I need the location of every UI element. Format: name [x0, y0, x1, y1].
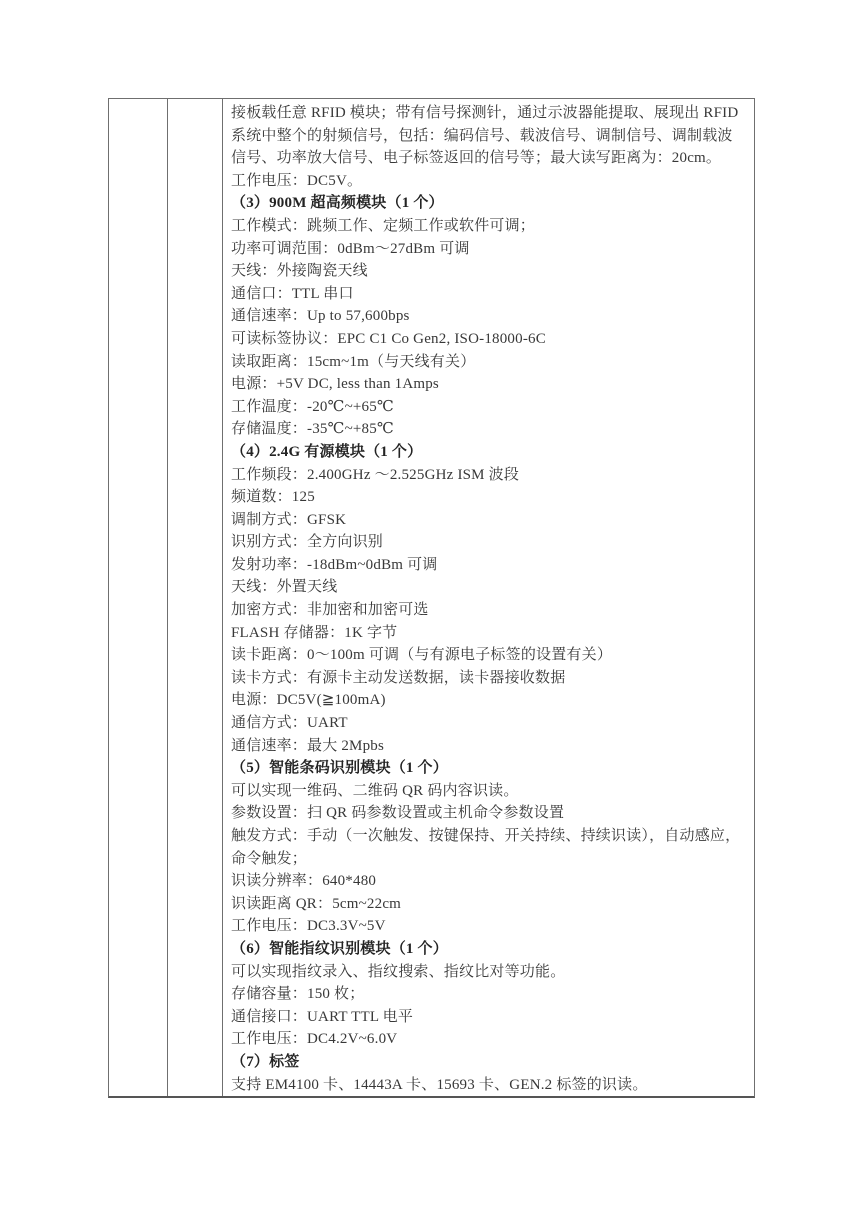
section-heading-barcode-module: （5）智能条码识别模块（1 个）: [231, 757, 748, 780]
spec-line: 识读分辨率：640*480: [231, 870, 748, 893]
document-page: 接板载任意 RFID 模块；带有信号探测针，通过示波器能提取、展现出 RFID …: [0, 0, 860, 1217]
spec-line: 电源：+5V DC, less than 1Amps: [231, 373, 748, 396]
specification-table: 接板载任意 RFID 模块；带有信号探测针，通过示波器能提取、展现出 RFID …: [108, 98, 755, 1098]
spec-line: 加密方式：非加密和加密可选: [231, 599, 748, 622]
spec-line: 可以实现一维码、二维码 QR 码内容识读。: [231, 780, 748, 803]
spec-line: 通信方式：UART: [231, 712, 748, 735]
section-heading-2-4g-active-module: （4）2.4G 有源模块（1 个）: [231, 441, 748, 464]
spec-line: 可以实现指纹录入、指纹搜索、指纹比对等功能。: [231, 961, 748, 984]
table-cell-col2-empty: [168, 99, 223, 1096]
spec-line: 功率可调范围：0dBm～27dBm 可调: [231, 238, 748, 261]
spec-line: 存储容量：150 枚；: [231, 983, 748, 1006]
spec-line: 工作模式：跳频工作、定频工作或软件可调；: [231, 215, 748, 238]
spec-line: 工作频段：2.400GHz ～2.525GHz ISM 波段: [231, 464, 748, 487]
spec-line: 存储温度：-35℃~+85℃: [231, 418, 748, 441]
spec-line: 读卡距离：0～100m 可调（与有源电子标签的设置有关）: [231, 644, 748, 667]
section-heading-fingerprint-module: （6）智能指纹识别模块（1 个）: [231, 938, 748, 961]
spec-line: 发射功率：-18dBm~0dBm 可调: [231, 554, 748, 577]
section-heading-tags: （7）标签: [231, 1051, 748, 1074]
spec-line: 频道数：125: [231, 486, 748, 509]
spec-line: 读卡方式：有源卡主动发送数据，读卡器接收数据: [231, 667, 748, 690]
table-cell-specifications: 接板载任意 RFID 模块；带有信号探测针，通过示波器能提取、展现出 RFID …: [223, 99, 754, 1096]
spec-line: 通信口：TTL 串口: [231, 283, 748, 306]
spec-line: 天线：外接陶瓷天线: [231, 260, 748, 283]
spec-line: 接板载任意 RFID 模块；带有信号探测针，通过示波器能提取、展现出 RFID: [231, 102, 748, 125]
spec-line: 识读距离 QR：5cm~22cm: [231, 893, 748, 916]
spec-line: 通信速率：最大 2Mpbs: [231, 735, 748, 758]
spec-line: 信号、功率放大信号、电子标签返回的信号等；最大读写距离为：20cm。: [231, 147, 748, 170]
spec-line: 读取距离：15cm~1m（与天线有关）: [231, 351, 748, 374]
table-cell-col1-empty: [109, 99, 168, 1096]
spec-line: 工作电压：DC4.2V~6.0V: [231, 1028, 748, 1051]
spec-line: 识别方式：全方向识别: [231, 531, 748, 554]
spec-line: 通信接口：UART TTL 电平: [231, 1006, 748, 1029]
spec-line: 参数设置：扫 QR 码参数设置或主机命令参数设置: [231, 802, 748, 825]
spec-line: FLASH 存储器：1K 字节: [231, 622, 748, 645]
spec-line: 可读标签协议：EPC C1 Co Gen2, ISO-18000-6C: [231, 328, 748, 351]
section-heading-900m-uhf-module: （3）900M 超高频模块（1 个）: [231, 192, 748, 215]
spec-line: 命令触发；: [231, 848, 748, 871]
spec-line: 调制方式：GFSK: [231, 509, 748, 532]
spec-line: 通信速率：Up to 57,600bps: [231, 305, 748, 328]
spec-line: 支持 EM4100 卡、14443A 卡、15693 卡、GEN.2 标签的识读…: [231, 1074, 748, 1096]
spec-line: 工作温度：-20℃~+65℃: [231, 396, 748, 419]
spec-line: 系统中整个的射频信号，包括：编码信号、载波信号、调制信号、调制载波: [231, 125, 748, 148]
spec-line: 工作电压：DC5V。: [231, 170, 748, 193]
spec-line: 天线：外置天线: [231, 576, 748, 599]
spec-line: 电源：DC5V(≧100mA): [231, 689, 748, 712]
spec-line: 工作电压：DC3.3V~5V: [231, 915, 748, 938]
spec-line: 触发方式：手动（一次触发、按键保持、开关持续、持续识读），自动感应，: [231, 825, 748, 848]
